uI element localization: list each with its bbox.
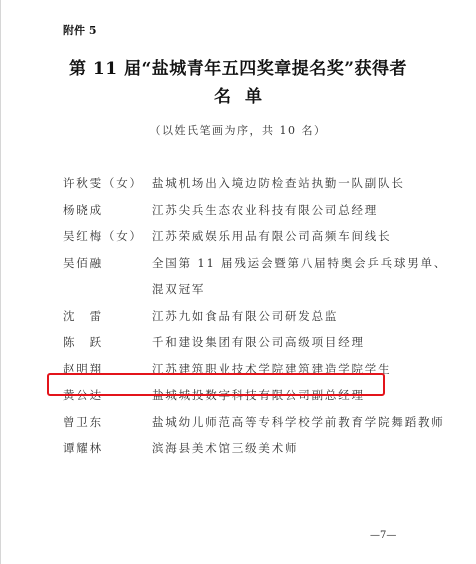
list-item: 曾卫东 盐城幼儿师范高等专科学校学前教育学院舞蹈教师 <box>63 409 463 436</box>
list-item: 沈 雷 江苏九如食品有限公司研发总监 <box>63 303 463 330</box>
awardee-name: 吴佰融 <box>63 250 152 303</box>
description-line-2: 混双冠军 <box>152 276 463 303</box>
awardee-name: 谭耀林 <box>63 435 152 462</box>
document-subtitle: 名单 <box>0 82 476 107</box>
document-title: 第 11 届“盐城青年五四奖章提名奖”获得者 <box>0 58 476 80</box>
attachment-label: 附件 5 <box>63 22 96 38</box>
list-item: 陈 跃 千和建设集团有限公司高级项目经理 <box>63 329 463 356</box>
awardee-list: 许秋雯（女） 盐城机场出入境边防检查站执勤一队副队长 杨晓成 江苏尖兵生态农业科… <box>63 170 463 462</box>
description-line-1: 全国第 11 届残运会暨第八届特奥会乒乓球男单、 <box>152 256 447 270</box>
list-item: 杨晓成 江苏尖兵生态农业科技有限公司总经理 <box>63 197 463 224</box>
awardee-description: 盐城机场出入境边防检查站执勤一队副队长 <box>152 170 463 197</box>
awardee-description: 江苏九如食品有限公司研发总监 <box>152 303 463 330</box>
ordering-note: （以姓氏笔画为序，共 10 名） <box>0 122 476 138</box>
list-item: 谭耀林 滨海县美术馆三级美术师 <box>63 435 463 462</box>
awardee-name: 沈 雷 <box>63 303 152 330</box>
awardee-name: 陈 跃 <box>63 329 152 356</box>
awardee-name: 曾卫东 <box>63 409 152 436</box>
awardee-description: 盐城幼儿师范高等专科学校学前教育学院舞蹈教师 <box>152 409 463 436</box>
awardee-name: 杨晓成 <box>63 197 152 224</box>
list-item: 吴红梅（女） 江苏荣威娱乐用品有限公司高频车间线长 <box>63 223 463 250</box>
awardee-description: 全国第 11 届残运会暨第八届特奥会乒乓球男单、 混双冠军 <box>152 250 463 303</box>
page-number: —7— <box>370 530 396 541</box>
awardee-description: 千和建设集团有限公司高级项目经理 <box>152 329 463 356</box>
awardee-description: 江苏尖兵生态农业科技有限公司总经理 <box>152 197 463 224</box>
awardee-name: 许秋雯（女） <box>63 170 152 197</box>
awardee-name: 吴红梅（女） <box>63 223 152 250</box>
list-item: 吴佰融 全国第 11 届残运会暨第八届特奥会乒乓球男单、 混双冠军 <box>63 250 463 303</box>
highlight-box <box>47 373 385 396</box>
awardee-description: 江苏荣威娱乐用品有限公司高频车间线长 <box>152 223 463 250</box>
awardee-description: 滨海县美术馆三级美术师 <box>152 435 463 462</box>
list-item: 许秋雯（女） 盐城机场出入境边防检查站执勤一队副队长 <box>63 170 463 197</box>
